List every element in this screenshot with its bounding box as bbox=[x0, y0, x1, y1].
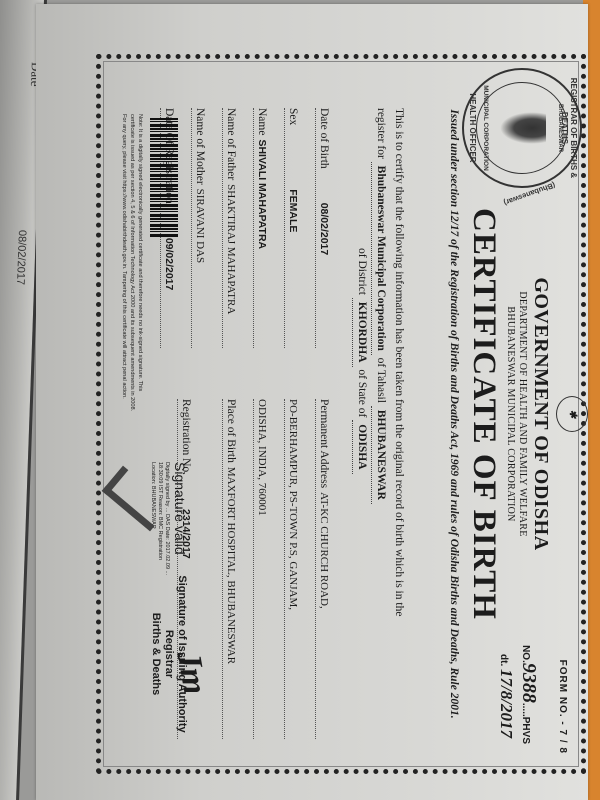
left-page-date-value: 08/02/2017 bbox=[14, 230, 28, 285]
address-line-1: AT-KC CHURCH ROAD, bbox=[316, 488, 330, 609]
place-of-birth-field: Place of Birth MAXFORT HOSPITAL, BHUBANE… bbox=[222, 399, 245, 739]
certify-line-2: register for Bhubaneswar Municipal Corpo… bbox=[371, 108, 390, 744]
certificate-title: CERTIFICATE OF BIRTH bbox=[465, 44, 502, 784]
permanent-address-field: Permanent Address AT-KC CHURCH ROAD, bbox=[315, 399, 338, 739]
mother-name-field: Name of Mother SIRAVANI DAS bbox=[191, 108, 214, 348]
sex-field: Sex FEMALE bbox=[284, 108, 307, 348]
tahasil-value: BHUBANESWAR bbox=[371, 406, 390, 504]
sex-value: FEMALE bbox=[285, 185, 299, 232]
form-number: FORM NO. - 7 / 8 bbox=[557, 660, 568, 754]
issued-under-clause: Issued under section 12/17 of the Regist… bbox=[447, 44, 461, 784]
birth-certificate: REGISTRAR OF BIRTHS & DEATHS BHUBANESWAR… bbox=[86, 44, 596, 784]
barcode bbox=[150, 118, 178, 238]
address-line-3: ODISHA, INDIA, 760001 bbox=[254, 399, 268, 516]
department-heading: DEPARTMENT OF HEALTH AND FAMILY WELFARE bbox=[517, 44, 528, 784]
odisha-emblem-icon: ✱ bbox=[556, 396, 588, 432]
certify-line-1: This is to certify that the following in… bbox=[390, 108, 408, 744]
government-heading: GOVERNMENT OF ODISHA bbox=[529, 44, 552, 784]
issuing-authority: Signature of Issuing Authority Registrar… bbox=[149, 564, 188, 744]
father-name-field: Name of Father SHAKTIRAJ MAHAPATRA bbox=[222, 108, 245, 348]
district-value: KHORDHA bbox=[352, 298, 371, 367]
certify-line-3: of District KHORDHA of State of ODISHA bbox=[352, 108, 371, 744]
address-line-3-field: ODISHA, INDIA, 760001 bbox=[253, 399, 276, 739]
corporation-heading: BHUBANESWAR MUNICIPAL CORPORATION bbox=[505, 44, 516, 784]
personal-details: Date of Birth 08/02/2017 Sex FEMALE Name… bbox=[152, 108, 338, 348]
registration-date-value: 09/02/2017 bbox=[161, 234, 175, 291]
name-value: SHIVALI MAHAPATRA bbox=[254, 135, 268, 249]
state-value: ODISHA bbox=[352, 420, 371, 473]
certificate-header: ✱ GOVERNMENT OF ODISHA DEPARTMENT OF HEA… bbox=[447, 44, 552, 784]
address-line-2: PO-BERHAMPUR, PS-TOWN P.S, GANJAM, bbox=[285, 399, 299, 610]
mother-name-value: SIRAVANI DAS bbox=[192, 185, 206, 263]
register-for-value: Bhubaneswar Municipal Corporation bbox=[371, 162, 390, 355]
certification-statement: This is to certify that the following in… bbox=[352, 108, 408, 744]
father-name-value: SHAKTIRAJ MAHAPATRA bbox=[223, 180, 237, 314]
place-of-birth-value: MAXFORT HOSPITAL, BHUBANESWAR bbox=[223, 463, 237, 664]
seal-text-inner: BHUBANESWAR bbox=[557, 70, 563, 186]
date-of-birth-field: Date of Birth 08/02/2017 bbox=[315, 108, 338, 348]
date-of-birth-value: 08/02/2017 bbox=[316, 199, 330, 256]
name-field: Name SHIVALI MAHAPATRA bbox=[253, 108, 276, 348]
certificate-sheet: REGISTRAR OF BIRTHS & DEATHS BHUBANESWAR… bbox=[36, 4, 588, 800]
digital-signature-note: Note: It is a digitally signed electroni… bbox=[120, 114, 144, 414]
address-line-2-field: PO-BERHAMPUR, PS-TOWN P.S, GANJAM, bbox=[284, 399, 307, 739]
